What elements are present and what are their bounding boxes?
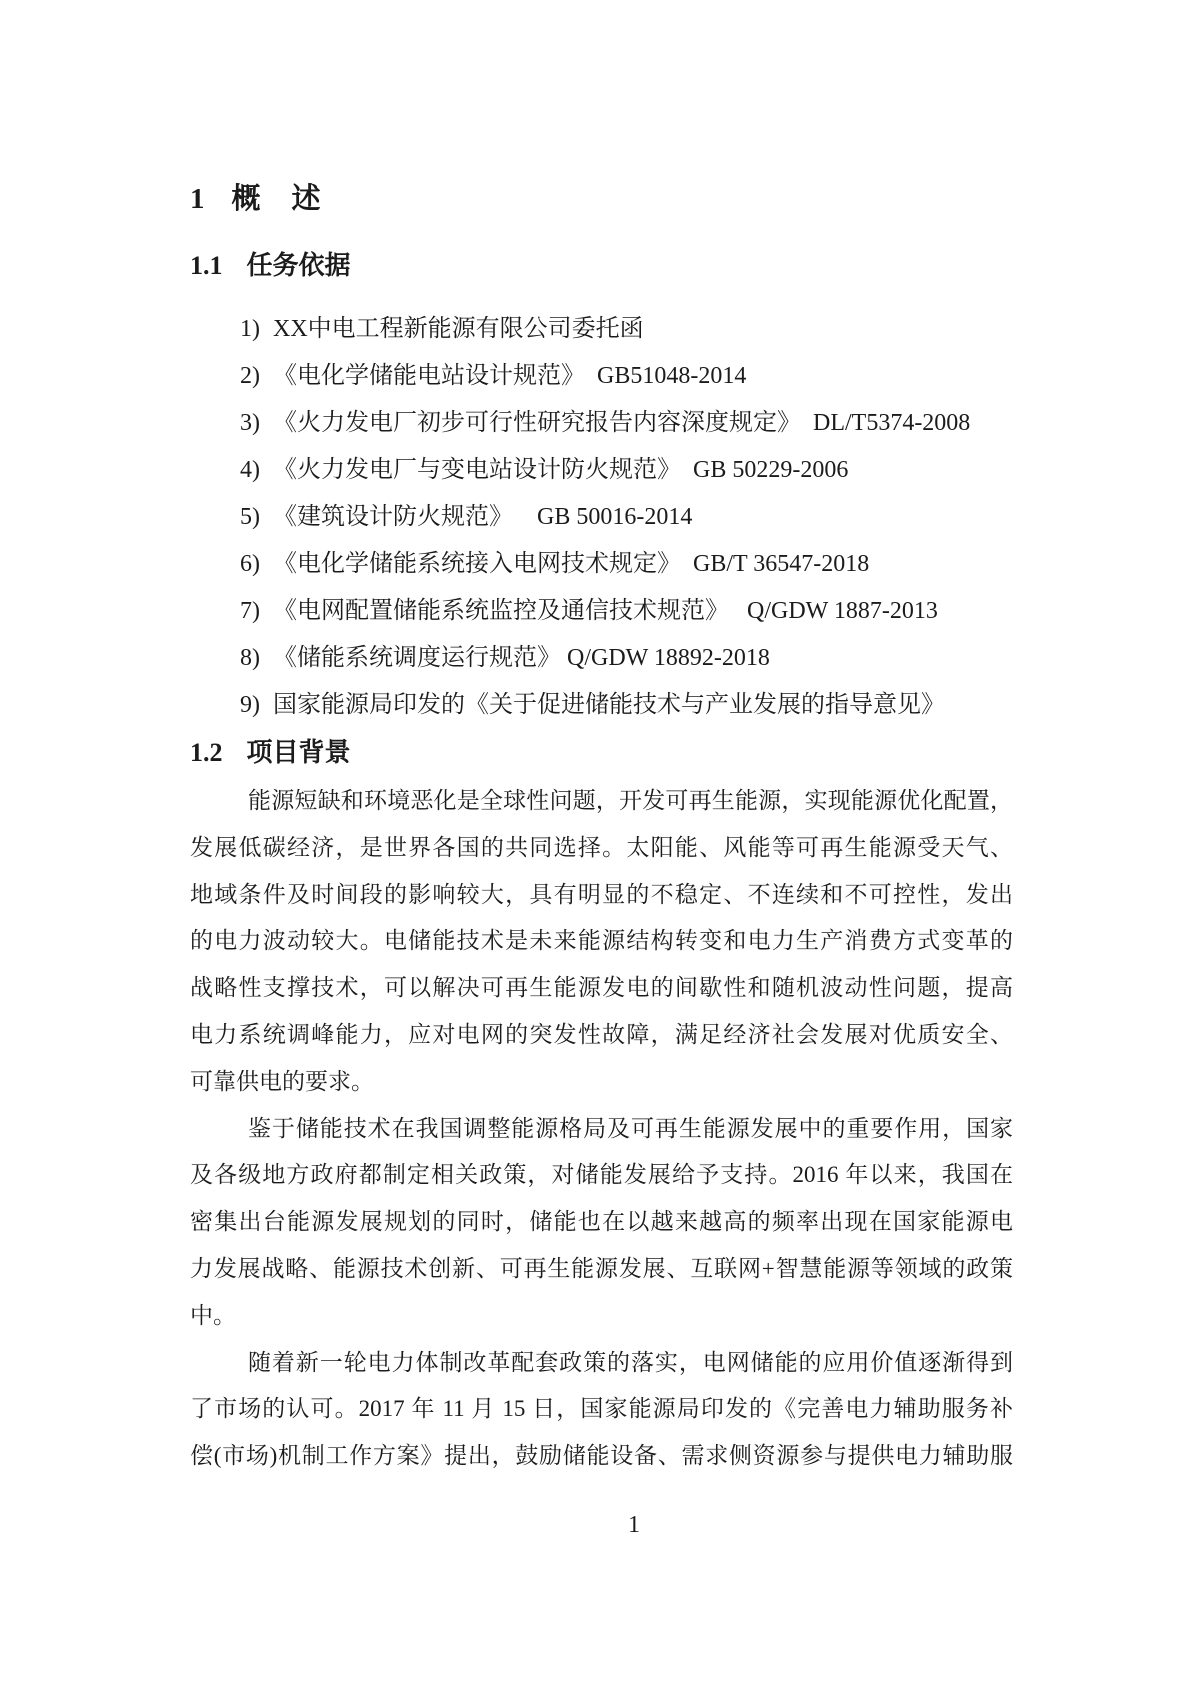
list-item-text: 《电化学储能系统接入电网技术规定》 GB/T 36547-2018 (273, 551, 869, 577)
section-1-1-number: 1.1 (190, 251, 223, 281)
paragraph: 能源短缺和环境恶化是全球性问题，开发可再生能源，实现能源优化配置， 发展低碳经济… (190, 778, 1013, 1106)
list-marker: 5) (240, 494, 260, 541)
paragraph-line: 偿(市场)机制工作方案》提出，鼓励储能设备、需求侧资源参与提供电力辅助服 (190, 1433, 1013, 1480)
paragraph-line: 了市场的认可。2017 年 11 月 15 日，国家能源局印发的《完善电力辅助服… (190, 1386, 1013, 1433)
list-marker: 1) (240, 306, 260, 353)
list-item: 5)《建筑设计防火规范》 GB 50016-2014 (190, 494, 1013, 541)
list-item-text: 《储能系统调度运行规范》 Q/GDW 18892-2018 (273, 645, 770, 671)
paragraph-line: 发展低碳经济，是世界各国的共同选择。太阳能、风能等可再生能源受天气、 (190, 825, 1013, 872)
paragraph-line: 密集出台能源发展规划的同时，储能也在以越来越高的频率出现在国家能源电 (190, 1199, 1013, 1246)
reference-list: 1)XX中电工程新能源有限公司委托函 2)《电化学储能电站设计规范》 GB510… (190, 306, 1013, 729)
list-marker: 2) (240, 353, 260, 400)
paragraph-line: 中。 (190, 1293, 1013, 1340)
list-marker: 7) (240, 588, 260, 635)
section-1-2-number: 1.2 (190, 738, 223, 768)
paragraph-line: 战略性支撑技术，可以解决可再生能源发电的间歇性和随机波动性问题，提高 (190, 965, 1013, 1012)
body-paragraphs: 能源短缺和环境恶化是全球性问题，开发可再生能源，实现能源优化配置， 发展低碳经济… (190, 778, 1013, 1480)
paragraph-line: 鉴于储能技术在我国调整能源格局及可再生能源发展中的重要作用，国家 (190, 1106, 1013, 1153)
paragraph-line: 电力系统调峰能力，应对电网的突发性故障，满足经济社会发展对优质安全、 (190, 1012, 1013, 1059)
list-marker: 3) (240, 400, 260, 447)
paragraph-line: 随着新一轮电力体制改革配套政策的落实，电网储能的应用价值逐渐得到 (190, 1340, 1013, 1387)
document-page: 1概 述 1.1任务依据 1)XX中电工程新能源有限公司委托函 2)《电化学储能… (0, 0, 1200, 1698)
list-item-text: XX中电工程新能源有限公司委托函 (273, 316, 644, 342)
paragraph-line: 力发展战略、能源技术创新、可再生能源发展、互联网+智慧能源等领域的政策 (190, 1246, 1013, 1293)
list-item: 9)国家能源局印发的《关于促进储能技术与产业发展的指导意见》 (190, 682, 1013, 729)
paragraph-line: 地域条件及时间段的影响较大，具有明显的不稳定、不连续和不可控性，发出 (190, 872, 1013, 919)
list-item: 3)《火力发电厂初步可行性研究报告内容深度规定》 DL/T5374-2008 (190, 400, 1013, 447)
list-item: 4)《火力发电厂与变电站设计防火规范》 GB 50229-2006 (190, 447, 1013, 494)
list-item-text: 《火力发电厂初步可行性研究报告内容深度规定》 DL/T5374-2008 (273, 410, 970, 436)
list-marker: 9) (240, 682, 260, 729)
list-item: 6)《电化学储能系统接入电网技术规定》 GB/T 36547-2018 (190, 541, 1013, 588)
chapter-heading: 1概 述 (190, 183, 1013, 215)
list-item-text: 《火力发电厂与变电站设计防火规范》 GB 50229-2006 (273, 457, 848, 483)
list-marker: 4) (240, 447, 260, 494)
list-marker: 8) (240, 635, 260, 682)
list-item-text: 《电化学储能电站设计规范》 GB51048-2014 (273, 363, 746, 389)
list-item: 1)XX中电工程新能源有限公司委托函 (190, 306, 1013, 353)
list-item: 8)《储能系统调度运行规范》 Q/GDW 18892-2018 (190, 635, 1013, 682)
paragraph-line: 及各级地方政府都制定相关政策，对储能发展给予支持。2016 年以来，我国在 (190, 1152, 1013, 1199)
paragraph-line: 可靠供电的要求。 (190, 1059, 1013, 1106)
section-1-1-title: 任务依据 (247, 251, 351, 280)
paragraph: 鉴于储能技术在我国调整能源格局及可再生能源发展中的重要作用，国家 及各级地方政府… (190, 1106, 1013, 1340)
section-1-2-title: 项目背景 (247, 738, 351, 767)
document-content: 1概 述 1.1任务依据 1)XX中电工程新能源有限公司委托函 2)《电化学储能… (190, 183, 1013, 1480)
chapter-number: 1 (190, 183, 206, 215)
paragraph-line: 能源短缺和环境恶化是全球性问题，开发可再生能源，实现能源优化配置， (190, 778, 1013, 825)
section-heading-1-2: 1.2项目背景 (190, 738, 1013, 768)
list-item-text: 《电网配置储能系统监控及通信技术规范》 Q/GDW 1887-2013 (273, 598, 938, 624)
page-number: 1 (628, 1510, 640, 1540)
paragraph-line: 的电力波动较大。电储能技术是未来能源结构转变和电力生产消费方式变革的 (190, 918, 1013, 965)
list-item-text: 《建筑设计防火规范》 GB 50016-2014 (273, 504, 692, 530)
list-item: 2)《电化学储能电站设计规范》 GB51048-2014 (190, 353, 1013, 400)
list-marker: 6) (240, 541, 260, 588)
paragraph: 随着新一轮电力体制改革配套政策的落实，电网储能的应用价值逐渐得到 了市场的认可。… (190, 1340, 1013, 1480)
chapter-title: 概 述 (232, 183, 322, 215)
list-item: 7)《电网配置储能系统监控及通信技术规范》 Q/GDW 1887-2013 (190, 588, 1013, 635)
section-heading-1-1: 1.1任务依据 (190, 251, 1013, 281)
list-item-text: 国家能源局印发的《关于促进储能技术与产业发展的指导意见》 (273, 692, 945, 718)
